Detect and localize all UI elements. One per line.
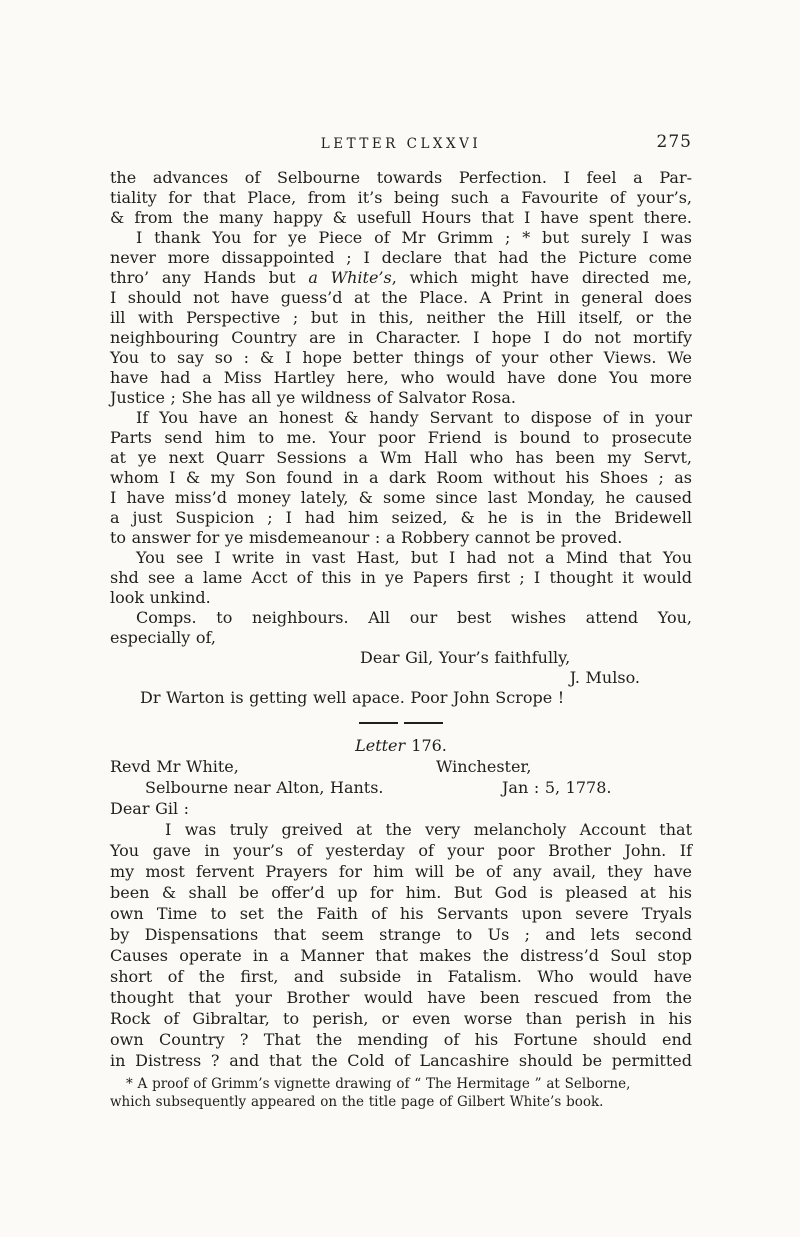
text-line: shd see a lame Acct of this in ye Papers… — [110, 568, 692, 588]
text-line: neighbouring Country are in Character. I… — [110, 328, 692, 348]
text-line: look unkind. — [110, 588, 692, 608]
salutation: Dear Gil : — [110, 798, 692, 819]
letter-176-heading: Letter 176. — [110, 735, 692, 756]
text-line: I should not have guess’d at the Place. … — [110, 288, 692, 308]
text-line: the advances of Selbourne towards Perfec… — [110, 168, 692, 188]
text-line: thought that your Brother would have bee… — [110, 987, 692, 1008]
signature: J. Mulso. — [110, 668, 692, 688]
text-line: I have miss’d money lately, & some since… — [110, 488, 692, 508]
book-page: LETTER CLXXVI 275 the advances of Selbou… — [0, 0, 800, 1237]
text-line: You gave in your’s of yesterday of your … — [110, 840, 692, 861]
text-line: to answer for ye misdemeanour : a Robber… — [110, 528, 692, 548]
text-segment: , which might have directed me, — [392, 268, 692, 287]
address-line: Selbourne near Alton, Hants. Jan : 5, 17… — [110, 777, 692, 798]
heading-word: Letter — [355, 736, 405, 755]
text-line: Rock of Gibraltar, to perish, or even wo… — [110, 1008, 692, 1029]
running-header-title: LETTER CLXXVI — [110, 134, 692, 154]
letter-176-body: Revd Mr White, Winchester, Selbourne nea… — [110, 756, 692, 1071]
text-line: own Time to set the Faith of his Servant… — [110, 903, 692, 924]
text-line: If You have an honest & handy Servant to… — [110, 408, 692, 428]
text-line: & from the many happy & usefull Hours th… — [110, 208, 692, 228]
address-line: Revd Mr White, Winchester, — [110, 756, 692, 777]
text-line: a just Suspicion ; I had him seized, & h… — [110, 508, 692, 528]
footnote-line: which subsequently appeared on the title… — [110, 1093, 692, 1111]
text-line: You to say so : & I hope better things o… — [110, 348, 692, 368]
footnote: * A proof of Grimm’s vignette drawing of… — [110, 1075, 692, 1111]
text-column: LETTER CLXXVI 275 the advances of Selbou… — [110, 0, 692, 1111]
footnote-line: * A proof of Grimm’s vignette drawing of… — [110, 1075, 692, 1093]
heading-number: 176. — [405, 736, 447, 755]
text-line: short of the first, and subside in Fatal… — [110, 966, 692, 987]
recipient-address: Selbourne near Alton, Hants. — [145, 778, 384, 797]
text-line: have had a Miss Hartley here, who would … — [110, 368, 692, 388]
text-line: I thank You for ye Piece of Mr Grimm ; *… — [110, 228, 692, 248]
text-segment: thro’ any Hands but — [110, 268, 308, 287]
running-header: LETTER CLXXVI 275 — [110, 134, 692, 154]
text-line: whom I & my Son found in a dark Room wit… — [110, 468, 692, 488]
text-line: You see I write in vast Hast, but I had … — [110, 548, 692, 568]
section-divider-rule — [359, 722, 443, 724]
postscript: Dr Warton is getting well apace. Poor Jo… — [110, 688, 692, 708]
text-line: at ye next Quarr Sessions a Wm Hall who … — [110, 448, 692, 468]
text-line: ill with Perspective ; but in this, neit… — [110, 308, 692, 328]
text-line: in Distress ? and that the Cold of Lanca… — [110, 1050, 692, 1071]
italic-text: a White’s — [308, 268, 391, 287]
text-line: been & shall be offer’d up for him. But … — [110, 882, 692, 903]
place-line: Winchester, — [436, 756, 531, 777]
page-number: 275 — [657, 132, 692, 152]
text-line: own Country ? That the mending of his Fo… — [110, 1029, 692, 1050]
text-line: Parts send him to me. Your poor Friend i… — [110, 428, 692, 448]
date-line: Jan : 5, 1778. — [467, 777, 611, 798]
recipient-name: Revd Mr White, — [110, 757, 239, 776]
text-line: my most fervent Prayers for him will be … — [110, 861, 692, 882]
text-line: never more dissappointed ; I declare tha… — [110, 248, 692, 268]
text-line: Comps. to neighbours. All our best wishe… — [110, 608, 692, 628]
text-line: tiality for that Place, from it’s being … — [110, 188, 692, 208]
text-line: especially of, — [110, 628, 692, 648]
text-line: thro’ any Hands but a White’s, which mig… — [110, 268, 692, 288]
letter-175-body: the advances of Selbourne towards Perfec… — [110, 168, 692, 708]
text-line: I was truly greived at the very melancho… — [110, 819, 692, 840]
text-line: Justice ; She has all ye wildness of Sal… — [110, 388, 692, 408]
text-line: by Dispensations that seem strange to Us… — [110, 924, 692, 945]
valediction: Dear Gil, Your’s faithfully, — [110, 648, 692, 668]
text-line: Causes operate in a Manner that makes th… — [110, 945, 692, 966]
